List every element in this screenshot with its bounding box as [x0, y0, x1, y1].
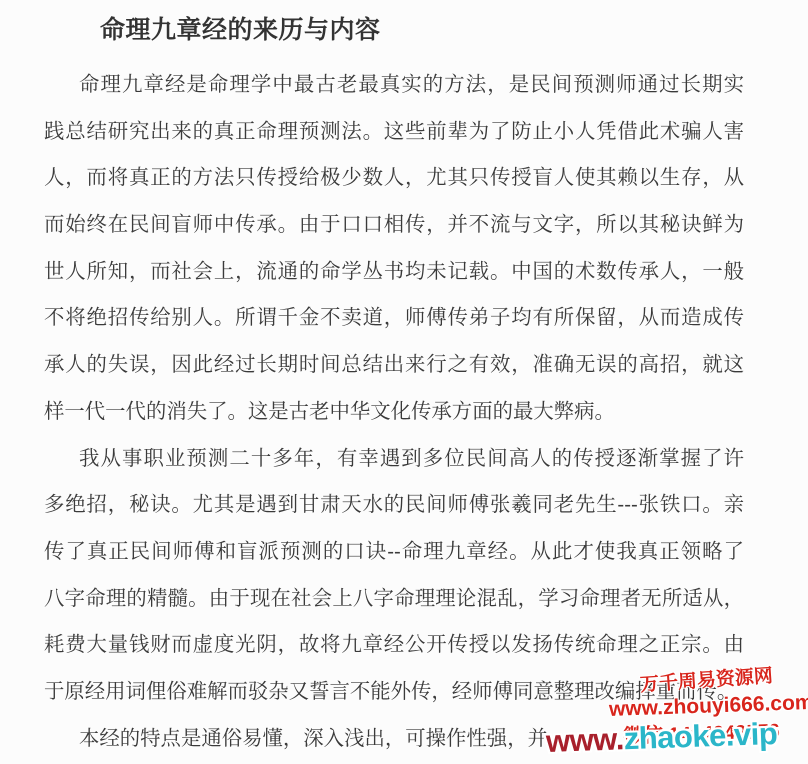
page-title: 命理九章经的来历与内容 [100, 10, 381, 46]
text-line: 世人所知，而社会上，流通的命学丛书均未记载。中国的术数传承人，一般 [44, 249, 744, 296]
text-line: 传了真正民间师傅和盲派预测的口诀--命理九章经。从此才使我真正领略了 [44, 529, 744, 576]
text-line: 我从事职业预测二十多年，有幸遇到多位民间高人的传授逐渐掌握了许 [44, 436, 744, 483]
text-line: 而始终在民间盲师中传承。由于口口相传，并不流与文字，所以其秘诀鲜为 [44, 202, 744, 249]
document-page: 命理九章经的来历与内容 命理九章经是命理学中最古老最真实的方法，是民间预测师通过… [0, 0, 808, 764]
text-line: 不将绝招传给别人。所谓千金不卖道，师傅传弟子均有所保留，从而造成传 [44, 295, 744, 342]
text-line: 本经的特点是通俗易懂，深入浅出，可操作性强，并 [44, 716, 744, 763]
text-line: 于原经用词俚俗难解而驳杂又誓言不能外传，经师傅同意整理改编择重而传。 [44, 669, 744, 716]
text-line: 八字命理的精髓。由于现在社会上八字命理理论混乱，学习命理者无所适从， [44, 576, 744, 623]
document-body: 命理九章经是命理学中最古老最真实的方法，是民间预测师通过长期实践总结研究出来的真… [44, 62, 744, 762]
text-line: 承人的失误，因此经过长期时间总结出来行之有效，准确无误的高招，就这 [44, 342, 744, 389]
text-line: 多绝招，秘诀。尤其是遇到甘肃天水的民间师傅张羲同老先生---张铁口。亲 [44, 482, 744, 529]
text-line: 耗费大量钱财而虚度光阴，故将九章经公开传授以发扬传统命理之正宗。由 [44, 622, 744, 669]
text-line: 人，而将真正的方法只传授给极少数人，尤其只传授盲人使其赖以生存，从 [44, 155, 744, 202]
text-line: 命理九章经是命理学中最古老最真实的方法，是民间预测师通过长期实 [44, 62, 744, 109]
text-line: 践总结研究出来的真正命理预测法。这些前辈为了防止小人凭借此术骗人害 [44, 109, 744, 156]
text-line: 样一代一代的消失了。这是古老中华文化传承方面的最大弊病。 [44, 389, 744, 436]
